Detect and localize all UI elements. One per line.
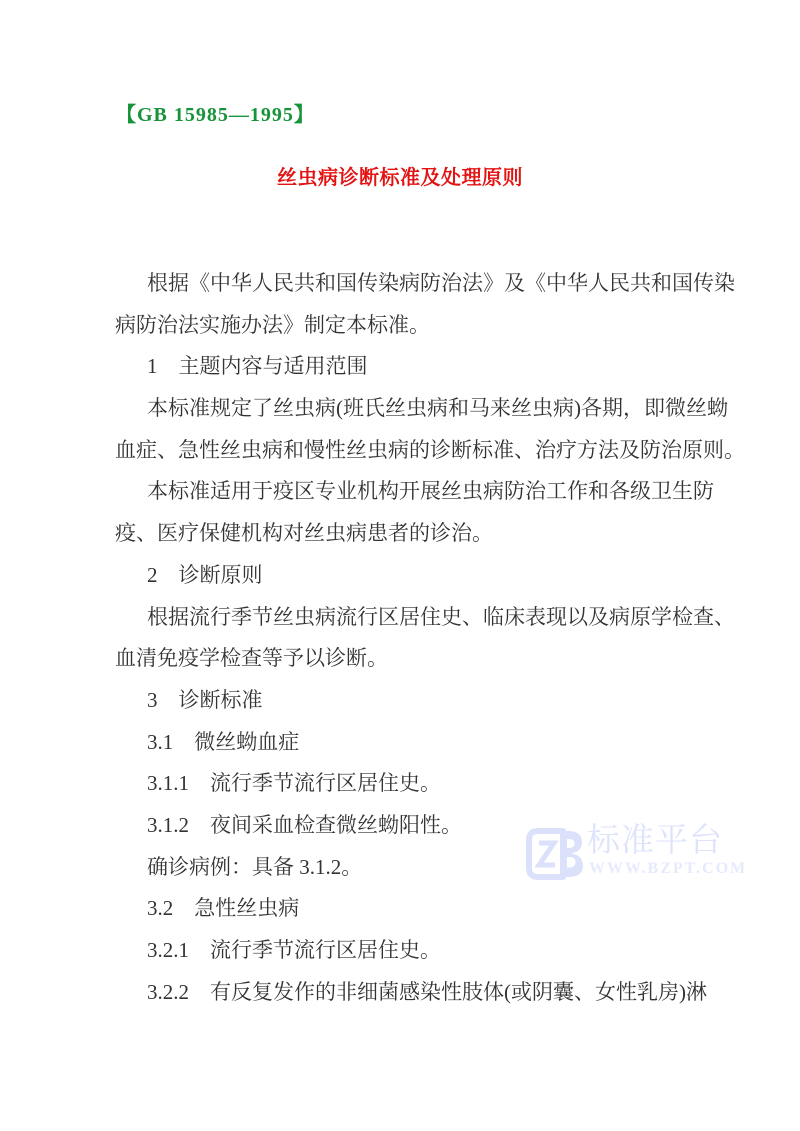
text-line: 3.2 急性丝虫病 xyxy=(115,888,690,930)
text-line: 3.1.1 流行季节流行区居住史。 xyxy=(115,763,690,805)
text-line: 本标准规定了丝虫病(班氏丝虫病和马来丝虫病)各期，即微丝蚴 xyxy=(115,388,690,430)
document-body: 根据《中华人民共和国传染病防治法》及《中华人民共和国传染病防治法实施办法》制定本… xyxy=(115,263,690,1013)
text-line: 血症、急性丝虫病和慢性丝虫病的诊断标准、治疗方法及防治原则。 xyxy=(115,430,690,472)
text-line: 3.1.2 夜间采血检查微丝蚴阳性。 xyxy=(115,805,690,847)
text-line: 1 主题内容与适用范围 xyxy=(115,346,690,388)
standard-code: 【GB 15985—1995】 xyxy=(116,101,315,129)
text-line: 根据流行季节丝虫病流行区居住史、临床表现以及病原学检查、 xyxy=(115,597,690,639)
document-page: 【GB 15985—1995】 丝虫病诊断标准及处理原则 根据《中华人民共和国传… xyxy=(0,0,800,1131)
text-line: 3.1 微丝蚴血症 xyxy=(115,722,690,764)
text-line: 确诊病例：具备 3.1.2。 xyxy=(115,847,690,889)
text-line: 疫、医疗保健机构对丝虫病患者的诊治。 xyxy=(115,513,690,555)
text-line: 根据《中华人民共和国传染病防治法》及《中华人民共和国传染 xyxy=(115,263,690,305)
text-line: 本标准适用于疫区专业机构开展丝虫病防治工作和各级卫生防 xyxy=(115,471,690,513)
text-line: 病防治法实施办法》制定本标准。 xyxy=(115,305,690,347)
text-line: 3 诊断标准 xyxy=(115,680,690,722)
text-line: 3.2.1 流行季节流行区居住史。 xyxy=(115,930,690,972)
document-title: 丝虫病诊断标准及处理原则 xyxy=(0,164,800,192)
text-line: 3.2.2 有反复发作的非细菌感染性肢体(或阴囊、女性乳房)淋 xyxy=(115,972,690,1014)
text-line: 2 诊断原则 xyxy=(115,555,690,597)
text-line: 血清免疫学检查等予以诊断。 xyxy=(115,638,690,680)
